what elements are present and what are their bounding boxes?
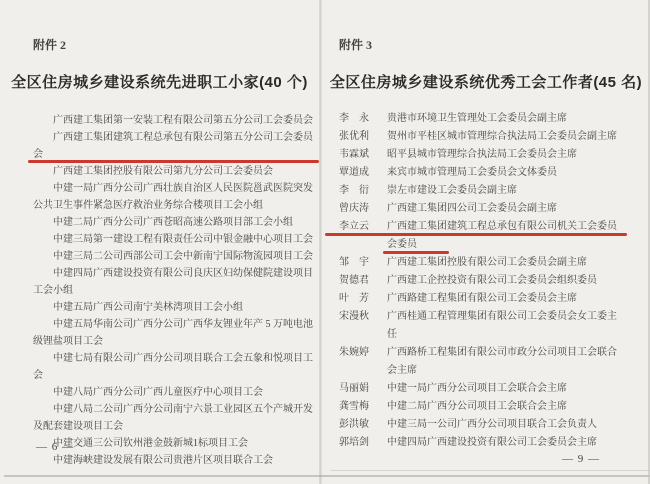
list-item-text: 中建二局广西分公司广西苍昭高速公路项目部工会小组 [53,217,293,228]
list-item: 中建八局二公司广西分公司南宁六景工业园区五个产城开发及配套建设项目工会 [33,401,317,435]
entry-row: 龚雪梅 中建二局广西分公司项目工会联合会主席 [339,398,621,416]
entry-name: 叶 芳 [339,290,373,308]
entry-role: 贺州市平桂区城市管理综合执法局工会委员会副主席 [387,128,621,146]
list-item: 中建三局第一建设工程有限责任公司中银金融中心项目工会 [33,231,317,248]
entry-row: 李 永 贵港市环境卫生管理处工会委员会副主席 [339,110,621,128]
excellent-union-workers-list: 李 永 贵港市环境卫生管理处工会委员会副主席 张优利 贺州市平桂区城市管理综合执… [339,110,621,452]
page-number-right: — 9 — [562,453,600,465]
list-item-text: 中建四局广西建设投资有限公司良庆区妇幼保健院建设项目工会小组 [33,268,313,296]
list-item-text: 中建三局二公司西部公司工会中新南宁国际物流园项目工会 [53,251,313,262]
entry-name: 龚雪梅 [339,398,373,416]
entry-name: 曾庆涛 [339,200,373,218]
list-item-text: 中建海峡建设发展有限公司贵港片区项目联合工会 [53,455,273,466]
entry-row: 彭洪敏 中建三局一公司广西分公司项目联合工会负责人 [339,416,621,434]
list-item-text: 中建八局二公司广西分公司南宁六景工业园区五个产城开发及配套建设项目工会 [33,404,313,432]
list-item: 中建一局广西分公司广西壮族自治区人民医院邕武医院突发公共卫生事件紧急医疗救治业务… [33,180,317,214]
list-item: 中建五局广西公司南宁美林湾项目工会小组 [33,299,317,316]
entry-name: 郭培剑 [339,434,373,452]
entry-role: 广西建工集团控股有限公司工会委员会副主席 [387,254,621,272]
entry-name: 李 衍 [339,182,373,200]
entry-name: 马丽娟 [339,380,373,398]
entry-name: 邹 宇 [339,254,373,272]
list-item: 广西建工集团第一安装工程有限公司第五分公司工会委员会 [33,112,317,129]
entry-row: 曾庆涛 广西建工集团四公司工会委员会副主席 [339,200,621,218]
entry-role: 中建二局广西分公司项目工会联合会主席 [387,398,621,416]
entry-name: 李立云 [339,218,373,254]
page-title-right: 全区住房城乡建设系统优秀工会工作者(45 名) [322,71,650,92]
entry-name: 贺德君 [339,272,373,290]
document-page-right: 附件 3 全区住房城乡建设系统优秀工会工作者(45 名) 李 永 贵港市环境卫生… [322,0,650,484]
entry-role: 来宾市城市管理局工会委员会文体委员 [387,164,621,182]
list-item: 中建四局广西建设投资有限公司良庆区妇幼保健院建设项目工会小组 [33,265,317,299]
entry-name: 张优利 [339,128,373,146]
entry-role: 广西路桥工程集团有限公司市政分公司项目工会联合会主席 [387,344,621,380]
entry-role: 广西桂通工程管理集团有限公司工会委员会女工委主任 [387,308,621,344]
entry-name: 韦霖斌 [339,146,373,164]
list-item: 中建三局二公司西部公司工会中新南宁国际物流园项目工会 [33,248,317,265]
entry-role: 中建四局广西建设投资有限公司工会委员会主席 [387,434,621,452]
list-item-text: 广西建工集团建筑工程总承包有限公司第五分公司工会委员会 [33,132,313,160]
list-item-text: 中建三局第一建设工程有限责任公司中银金融中心项目工会 [53,234,313,245]
list-item-text: 中建一局广西分公司广西壮族自治区人民医院邕武医院突发公共卫生事件紧急医疗救治业务… [33,183,313,211]
red-underline-mark [325,233,627,236]
entry-role: 广西路建工程集团有限公司工会委员会主席 [387,290,621,308]
entry-row: 朱婉婷 广西路桥工程集团有限公司市政分公司项目工会联合会主席 [339,344,621,380]
list-item: 中建交通三公司钦州港金鼓新城1标项目工会 [33,435,317,452]
advanced-worker-homes-list: 广西建工集团第一安装工程有限公司第五分公司工会委员会 广西建工集团建筑工程总承包… [33,112,317,469]
list-item: 中建二局广西分公司广西苍昭高速公路项目部工会小组 [33,214,317,231]
list-item-text: 中建五局广西公司南宁美林湾项目工会小组 [53,302,243,313]
entry-row: 覃道成 来宾市城市管理局工会委员会文体委员 [339,164,621,182]
entry-role: 广西建工企控投资有限公司工会委员会组织委员 [387,272,621,290]
list-item: 广西建工集团建筑工程总承包有限公司第五分公司工会委员会 [33,129,317,163]
entry-role: 中建一局广西分公司项目工会联合会主席 [387,380,621,398]
attachment-label-right: 附件 3 [339,36,372,53]
entry-role: 中建三局一公司广西分公司项目联合工会负责人 [387,416,621,434]
list-item: 广西建工集团控股有限公司第九分公司工会委员会 [33,163,317,180]
entry-role: 昭平县城市管理综合执法局工会委员会主席 [387,146,621,164]
entry-row: 韦霖斌 昭平县城市管理综合执法局工会委员会主席 [339,146,621,164]
scan-bottom-edge-shadow [4,475,650,477]
entry-role: 贵港市环境卫生管理处工会委员会副主席 [387,110,621,128]
entry-row: 郭培剑 中建四局广西建设投资有限公司工会委员会主席 [339,434,621,452]
entry-row: 马丽娟 中建一局广西分公司项目工会联合会主席 [339,380,621,398]
list-item-text: 中建七局有限公司广西分公司项目联合工会五象和悦项目工会 [33,353,313,381]
list-item-text: 中建五局华南公司广西分公司广西华友锂业年产 5 万吨电池级锂盐项目工会 [33,319,313,347]
entry-row: 宋漫秋 广西桂通工程管理集团有限公司工会委员会女工委主任 [339,308,621,344]
entry-role: 广西建工集团四公司工会委员会副主席 [387,200,621,218]
list-item: 中建五局华南公司广西分公司广西华友锂业年产 5 万吨电池级锂盐项目工会 [33,316,317,350]
page-number-left: — 6 — [36,441,74,453]
list-item: 中建海峡建设发展有限公司贵港片区项目联合工会 [33,452,317,469]
attachment-label-left: 附件 2 [33,36,66,53]
scan-bottom-edge-shadow-2 [330,470,650,471]
entry-name: 宋漫秋 [339,308,373,344]
entry-name: 朱婉婷 [339,344,373,380]
list-item-text: 中建交通三公司钦州港金鼓新城1标项目工会 [53,438,248,449]
entry-role: 崇左市建设工会委员会副主席 [387,182,621,200]
entry-row: 李 衍 崇左市建设工会委员会副主席 [339,182,621,200]
entry-name: 覃道成 [339,164,373,182]
entry-role: 广西建工集团建筑工程总承包有限公司机关工会委员会委员 [387,218,621,254]
entry-name: 李 永 [339,110,373,128]
list-item-text: 广西建工集团控股有限公司第九分公司工会委员会 [53,166,273,177]
list-item-text: 广西建工集团第一安装工程有限公司第五分公司工会委员会 [53,115,313,126]
entry-row: 李立云 广西建工集团建筑工程总承包有限公司机关工会委员会委员 [339,218,621,254]
list-item: 中建七局有限公司广西分公司项目联合工会五象和悦项目工会 [33,350,317,384]
document-page-left: 附件 2 全区住房城乡建设系统先进职工小家(40 个) 广西建工集团第一安装工程… [0,0,319,484]
list-item-text: 中建八局广西分公司广西儿童医疗中心项目工会 [53,387,263,398]
entry-row: 叶 芳 广西路建工程集团有限公司工会委员会主席 [339,290,621,308]
entry-name: 彭洪敏 [339,416,373,434]
scanned-document: 附件 2 全区住房城乡建设系统先进职工小家(40 个) 广西建工集团第一安装工程… [0,0,650,484]
entry-row: 张优利 贺州市平桂区城市管理综合执法局工会委员会副主席 [339,128,621,146]
entry-row: 贺德君 广西建工企控投资有限公司工会委员会组织委员 [339,272,621,290]
list-item: 中建八局广西分公司广西儿童医疗中心项目工会 [33,384,317,401]
page-title-left: 全区住房城乡建设系统先进职工小家(40 个) [0,71,319,92]
entry-row: 邹 宇 广西建工集团控股有限公司工会委员会副主席 [339,254,621,272]
